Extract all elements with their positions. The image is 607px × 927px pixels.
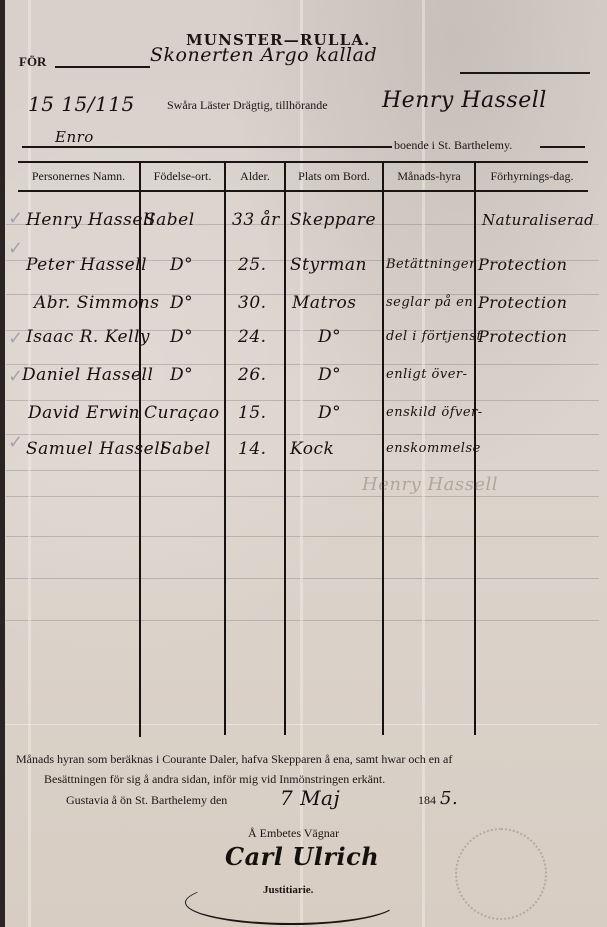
crew-name: Peter Hassell bbox=[26, 250, 147, 280]
column-header-birthplace: Födelse-ort. bbox=[141, 164, 224, 188]
crew-age: 24. bbox=[238, 322, 267, 352]
column-header-position: Plats om Bord. bbox=[286, 164, 382, 188]
crew-wage: seglar på en bbox=[386, 288, 473, 318]
bleed-through-text: Henry Hassell bbox=[362, 474, 498, 495]
check-mark-icon: ✓ bbox=[8, 328, 23, 349]
crew-age: 14. bbox=[238, 434, 267, 464]
crew-age: 30. bbox=[238, 288, 267, 318]
table-top-border bbox=[18, 161, 588, 163]
fill-line bbox=[460, 72, 590, 74]
residence-label: boende i St. Barthelemy. bbox=[394, 138, 512, 153]
crew-wage: enskommelse bbox=[386, 434, 481, 464]
footer-year-prefix: 184 bbox=[418, 793, 436, 808]
crew-age: 25. bbox=[238, 250, 267, 280]
signature-flourish bbox=[185, 880, 397, 925]
crew-position: Matros bbox=[292, 288, 356, 318]
table-header-border bbox=[18, 190, 588, 192]
fill-line bbox=[55, 66, 150, 68]
crew-name: Samuel Hassell bbox=[26, 434, 166, 464]
column-header-age: Alder. bbox=[226, 164, 284, 188]
crew-wage: enligt över- bbox=[386, 360, 468, 390]
footer-line-2: Besättningen för sig å andra sidan, infö… bbox=[44, 772, 385, 787]
crew-age: 15. bbox=[238, 398, 267, 428]
for-label: FÖR bbox=[19, 54, 46, 70]
page-edge bbox=[0, 0, 5, 927]
check-mark-icon: ✓ bbox=[8, 208, 23, 229]
column-divider bbox=[224, 161, 226, 735]
column-header-name: Personernes Namn. bbox=[18, 164, 139, 188]
check-mark-icon: ✓ bbox=[8, 238, 23, 259]
crew-birthplace: D° bbox=[170, 288, 193, 318]
footer-date: 7 Maj bbox=[280, 786, 340, 810]
crew-name: Henry Hassell bbox=[26, 205, 155, 235]
signature: Carl Ulrich bbox=[225, 842, 379, 871]
crew-name: David Erwin bbox=[28, 398, 140, 428]
footer-line-1: Månads hyran som beräknas i Courante Dal… bbox=[16, 752, 452, 767]
crew-name: Daniel Hassell bbox=[22, 360, 153, 390]
footer-year-suffix: 5. bbox=[440, 788, 458, 809]
crew-age: 33 år bbox=[232, 205, 280, 235]
crew-birthplace: D° bbox=[170, 322, 193, 352]
document-paper: MUNSTER—RULLA. FÖR Skonerten Argo kallad… bbox=[0, 0, 607, 927]
crew-wage: del i förtjenst bbox=[386, 322, 482, 352]
crew-position: Kock bbox=[290, 434, 334, 464]
column-divider bbox=[284, 161, 286, 735]
fill-line bbox=[540, 146, 585, 148]
crew-birthplace: Sabel bbox=[144, 205, 195, 235]
vessel-name: Skonerten Argo kallad bbox=[150, 44, 377, 66]
crew-hire-day: Naturaliserad bbox=[482, 205, 594, 235]
crew-hire-day: Protection bbox=[478, 250, 567, 280]
crew-hire-day: Protection bbox=[478, 322, 567, 352]
crew-name: Isaac R. Kelly bbox=[26, 322, 150, 352]
crew-position: Styrman bbox=[290, 250, 367, 280]
crew-wage: Betättninger bbox=[386, 250, 476, 280]
column-divider bbox=[382, 161, 384, 735]
crew-age: 26. bbox=[238, 360, 267, 390]
crew-birthplace: Sabel bbox=[160, 434, 211, 464]
office-label: Å Embetes Vägnar bbox=[248, 826, 339, 841]
crew-birthplace: D° bbox=[170, 360, 193, 390]
tonnage-value: 15 15/115 bbox=[28, 92, 135, 116]
column-header-wage: Månads-hyra bbox=[384, 164, 474, 188]
footer-place-label: Gustavia å ön St. Barthelemy den bbox=[66, 793, 227, 808]
crew-birthplace: D° bbox=[170, 250, 193, 280]
column-header-hire-day: Förhyrnings-dag. bbox=[476, 164, 588, 188]
crew-position: Skeppare bbox=[290, 205, 376, 235]
crew-position: D° bbox=[318, 398, 341, 428]
fill-line bbox=[22, 146, 392, 148]
crew-wage: enskild öfver- bbox=[386, 398, 483, 428]
crew-birthplace: Curaçao bbox=[144, 398, 220, 428]
seal-stamp-icon bbox=[455, 828, 547, 920]
tonnage-label: Swåra Läster Drägtig, tillhörande bbox=[167, 98, 328, 113]
check-mark-icon: ✓ bbox=[8, 366, 23, 387]
crew-position: D° bbox=[318, 360, 341, 390]
crew-name: Abr. Simmons bbox=[34, 288, 159, 318]
owner-name: Henry Hassell bbox=[382, 88, 547, 113]
crew-hire-day: Protection bbox=[478, 288, 567, 318]
owner-line2: Enro bbox=[55, 128, 94, 146]
check-mark-icon: ✓ bbox=[8, 432, 23, 453]
crew-position: D° bbox=[318, 322, 341, 352]
